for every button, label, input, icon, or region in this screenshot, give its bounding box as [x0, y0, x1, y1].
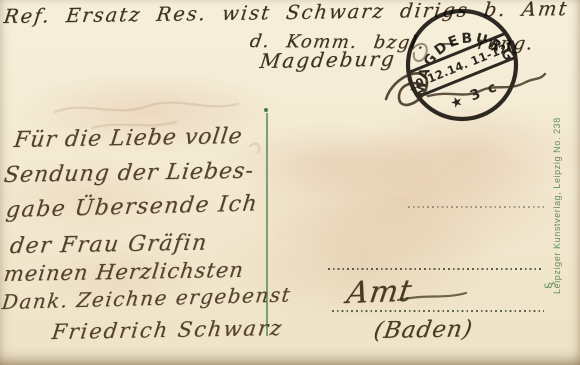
address-dotted-line-1: [408, 206, 544, 208]
message-line: der Frau Gräfin: [8, 231, 209, 260]
message-line: Sendung der Liebes-: [2, 159, 255, 188]
message-signature: Friedrich Schwarz: [51, 316, 285, 344]
message-line: Für die Liebe volle: [12, 124, 244, 153]
postmark-stamp: MAGDEBURG 10.12.14. 11-12N ★ 3 c: [392, 0, 532, 135]
message-line: meinen Herzlichsten: [3, 258, 246, 286]
address-amt: Amt: [345, 274, 415, 311]
center-divider-dot: [264, 108, 268, 112]
message-line: Dank. Zeichne ergebenst: [1, 282, 293, 314]
message-line: gabe Übersende Ich: [5, 191, 260, 223]
address-region: (Baden): [372, 316, 475, 344]
publisher-imprint: Leipziger Kunstverlag, Leipzig No. 238: [552, 86, 566, 294]
postcard-back: Ref. Ersatz Res. wist Schwarz dirigs b. …: [0, 0, 580, 365]
address-dotted-line-2: [328, 268, 544, 270]
sender-annotation-line3: Magdeburg: [259, 47, 398, 73]
